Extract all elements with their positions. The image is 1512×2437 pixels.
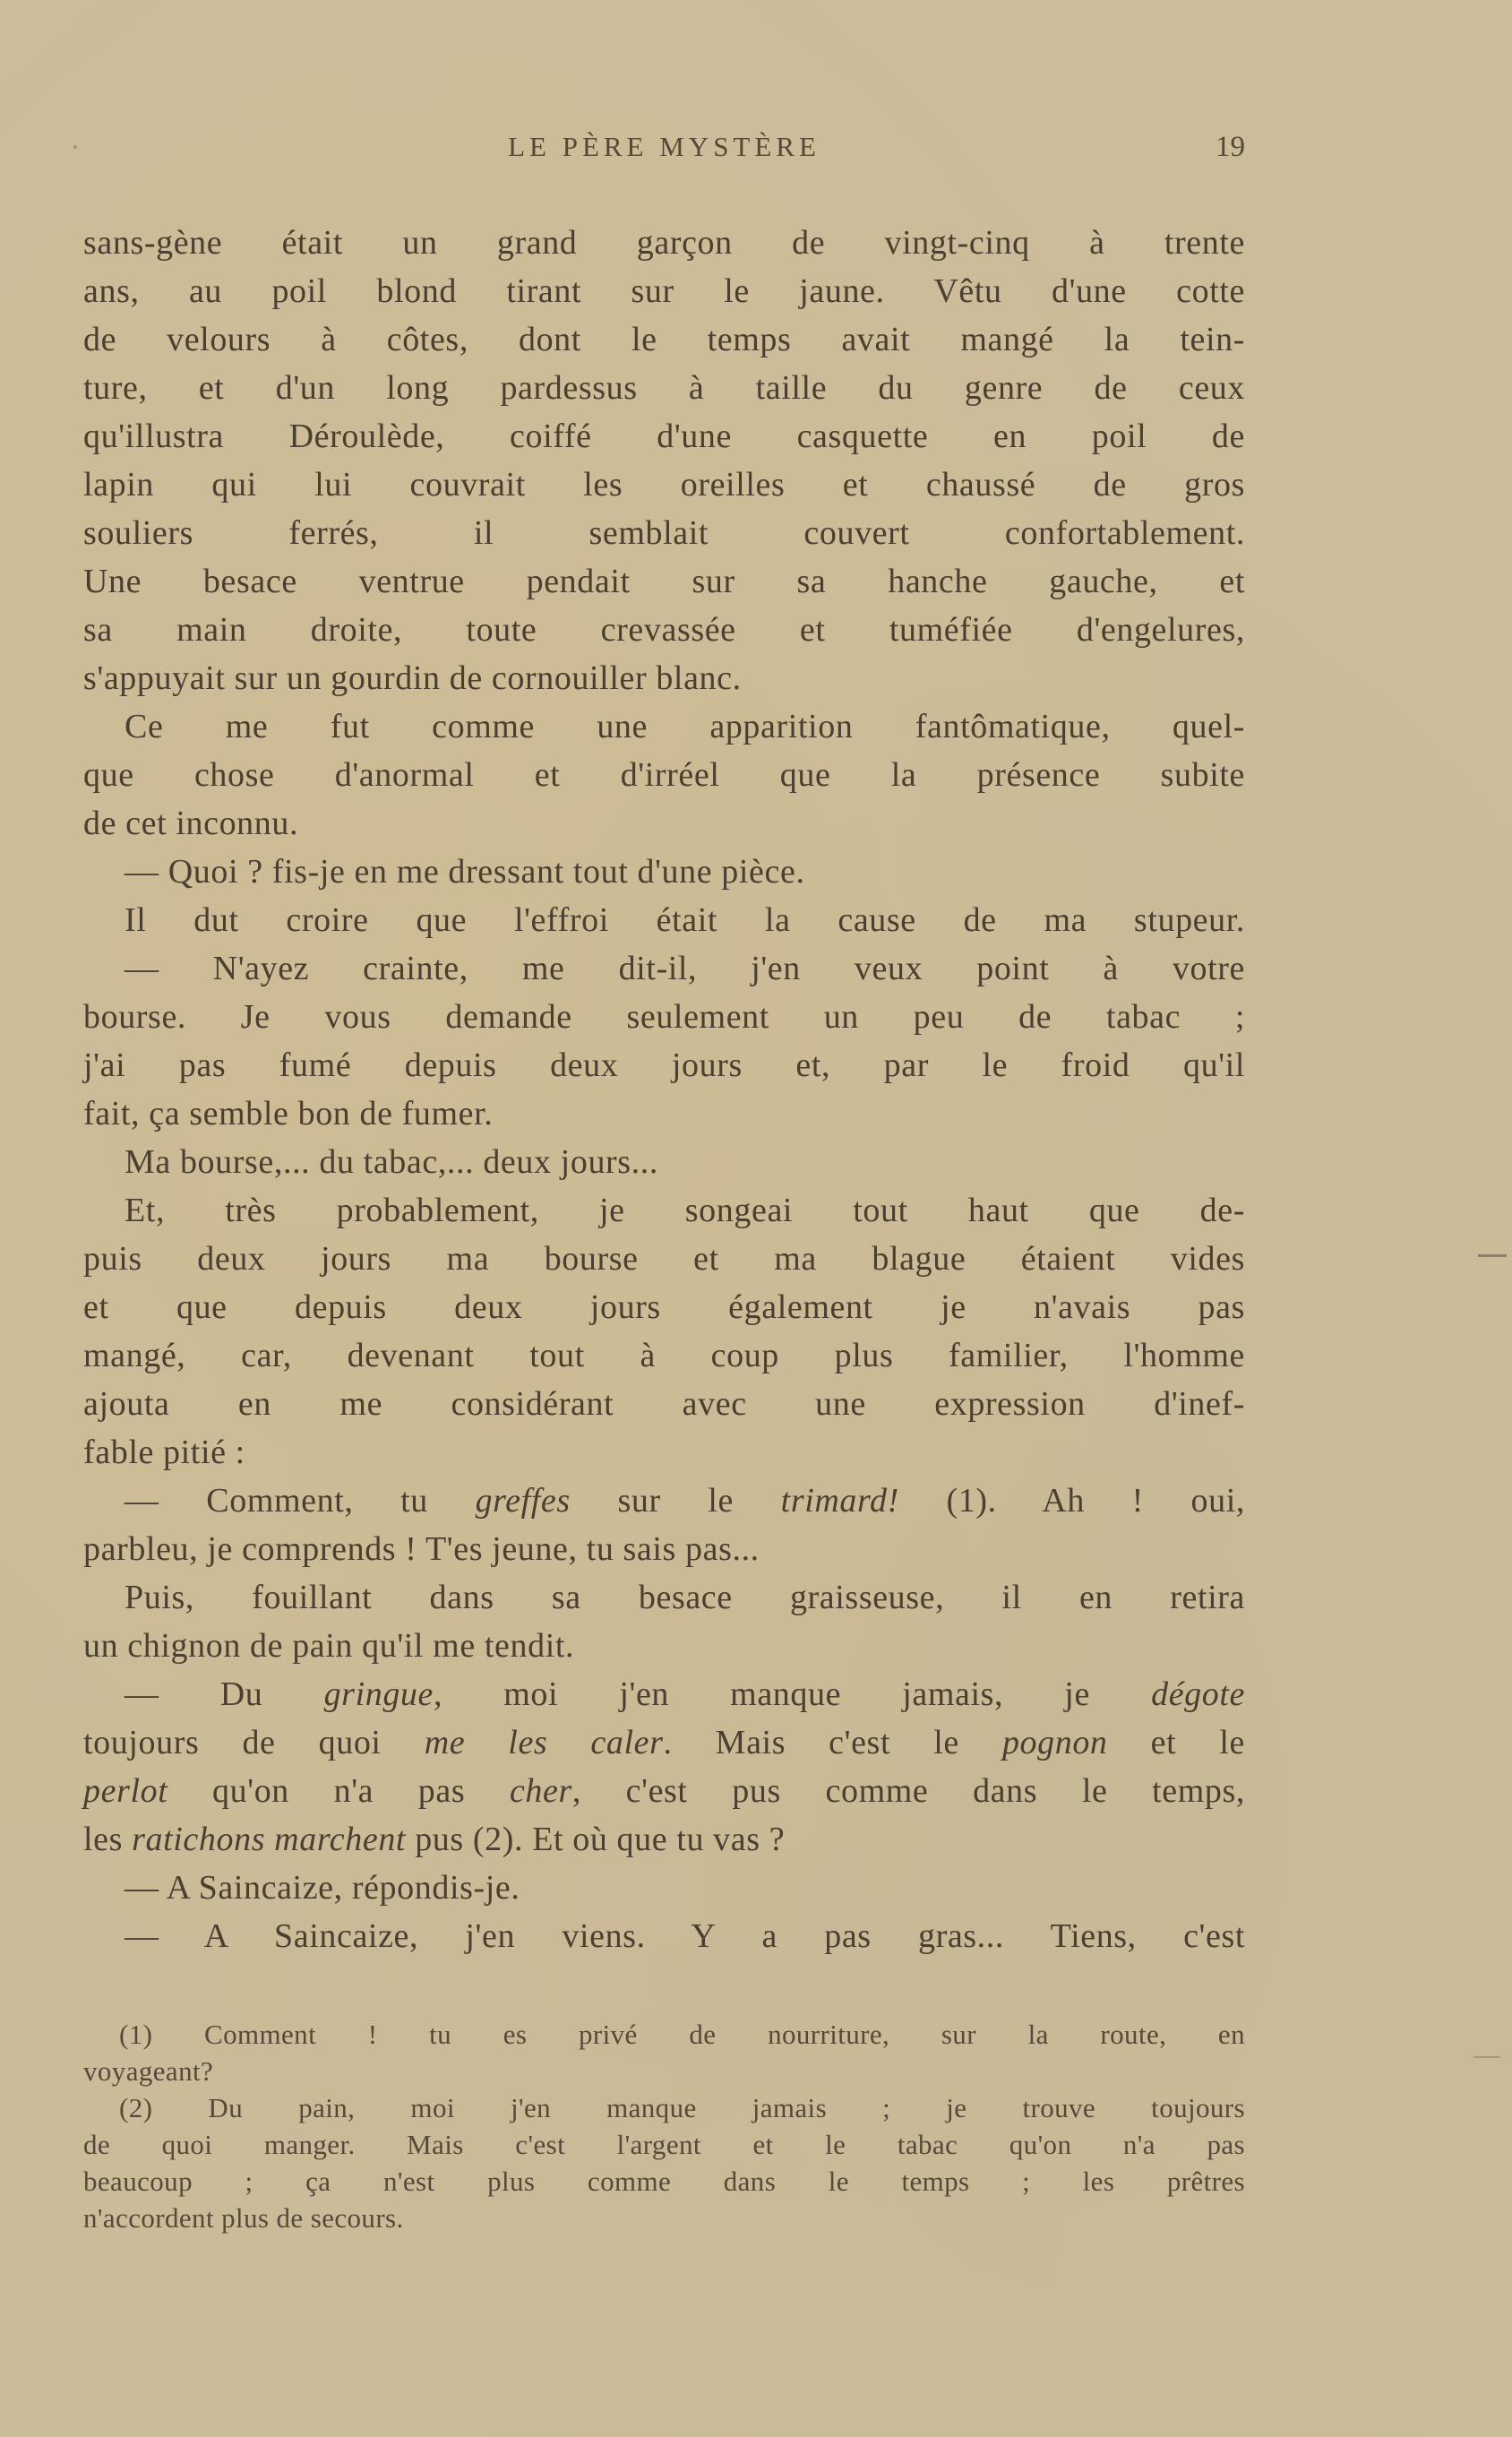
body-line: Et, très probablement, je songeai tout h…: [83, 1186, 1245, 1235]
body-line: fait, ça semble bon de fumer.: [83, 1089, 1245, 1138]
italic-slang-term: perlot: [83, 1772, 168, 1810]
body-line: souliers ferrés, il semblait couvert con…: [83, 509, 1245, 557]
body-line: — Quoi ? fis-je en me dressant tout d'un…: [83, 848, 1245, 896]
italic-slang-term: pognon: [1002, 1724, 1108, 1761]
body-line: — Du gringue, moi j'en manque jamais, je…: [83, 1670, 1245, 1718]
text-segment: , c'est pus comme dans le temps,: [572, 1772, 1245, 1810]
margin-mark: [1478, 1254, 1507, 1257]
page-number: 19: [1216, 131, 1245, 164]
body-line: perlot qu'on n'a pas cher, c'est pus com…: [83, 1767, 1245, 1815]
body-line: sans-gène était un grand garçon de vingt…: [83, 219, 1245, 267]
body-line: les ratichons marchent pus (2). Et où qu…: [83, 1815, 1245, 1864]
running-title: LE PÈRE MYSTÈRE: [83, 131, 1245, 163]
body-line: Puis, fouillant dans sa besace graisseus…: [83, 1573, 1245, 1622]
body-line: fable pitié :: [83, 1428, 1245, 1477]
body-line: sa main droite, toute crevassée et tuméf…: [83, 606, 1245, 654]
footnote-line: n'accordent plus de secours.: [83, 2200, 1245, 2236]
running-head: LE PÈRE MYSTÈRE 19: [83, 131, 1245, 167]
italic-slang-term: trimard!: [781, 1482, 899, 1520]
body-line: de velours à côtes, dont le temps avait …: [83, 315, 1245, 364]
book-page: LE PÈRE MYSTÈRE 19 sans-gène était un gr…: [0, 0, 1512, 2437]
italic-slang-term: cher: [510, 1772, 572, 1810]
body-line: — A Saincaize, j'en viens. Y a pas gras.…: [83, 1912, 1245, 1960]
body-line: Ce me fut comme une apparition fantômati…: [83, 702, 1245, 751]
footnote-line: voyageant?: [83, 2053, 1245, 2089]
body-line: Il dut croire que l'effroi était la caus…: [83, 896, 1245, 944]
body-line: s'appuyait sur un gourdin de cornouiller…: [83, 654, 1245, 702]
text-segment: et le: [1108, 1724, 1245, 1761]
body-line: — N'ayez crainte, me dit-il, j'en veux p…: [83, 944, 1245, 993]
text-segment: . Mais c'est le: [663, 1724, 1001, 1761]
paper-speck: [73, 145, 77, 149]
body-line: puis deux jours ma bourse et ma blague é…: [83, 1235, 1245, 1283]
italic-slang-term: dégote: [1151, 1675, 1245, 1713]
footnote-line: de quoi manger. Mais c'est l'argent et l…: [83, 2126, 1245, 2163]
footnote-line: (2) Du pain, moi j'en manque jamais ; je…: [83, 2089, 1245, 2126]
body-line: de cet inconnu.: [83, 799, 1245, 848]
body-line: j'ai pas fumé depuis deux jours et, par …: [83, 1041, 1245, 1089]
body-line: bourse. Je vous demande seulement un peu…: [83, 993, 1245, 1041]
body-line: mangé, car, devenant tout à coup plus fa…: [83, 1331, 1245, 1380]
margin-mark: [1473, 2056, 1500, 2058]
text-segment: (1). Ah ! oui,: [899, 1482, 1245, 1520]
body-line: — A Saincaize, répondis-je.: [83, 1864, 1245, 1912]
body-line: ans, au poil blond tirant sur le jaune. …: [83, 267, 1245, 315]
text-segment: sur le: [571, 1482, 781, 1520]
italic-slang-term: ratichons marchent: [132, 1821, 406, 1858]
body-line: parbleu, je comprends ! T'es jeune, tu s…: [83, 1525, 1245, 1573]
footnote-line: beaucoup ; ça n'est plus comme dans le t…: [83, 2163, 1245, 2200]
italic-slang-term: gringue: [324, 1675, 434, 1713]
text-segment: les: [83, 1821, 132, 1858]
italic-slang-term: greffes: [476, 1482, 571, 1520]
footnotes: (1) Comment ! tu es privé de nourriture,…: [83, 2016, 1245, 2236]
footnote-line: (1) Comment ! tu es privé de nourriture,…: [83, 2016, 1245, 2053]
text-segment: — Comment, tu: [125, 1482, 476, 1520]
italic-slang-term: me les caler: [425, 1724, 664, 1761]
body-line: ture, et d'un long pardessus à taille du…: [83, 364, 1245, 412]
text-segment: pus (2). Et où que tu vas ?: [406, 1821, 785, 1858]
body-line: Une besace ventrue pendait sur sa hanche…: [83, 557, 1245, 606]
body-line: toujours de quoi me les caler. Mais c'es…: [83, 1718, 1245, 1767]
body-line: qu'illustra Déroulède, coiffé d'une casq…: [83, 412, 1245, 461]
body-line: — Comment, tu greffes sur le trimard! (1…: [83, 1477, 1245, 1525]
body-text: sans-gène était un grand garçon de vingt…: [83, 219, 1245, 1960]
body-line: que chose d'anormal et d'irréel que la p…: [83, 751, 1245, 799]
text-segment: , moi j'en manque jamais, je: [434, 1675, 1151, 1713]
body-line: lapin qui lui couvrait les oreilles et c…: [83, 461, 1245, 509]
body-line: ajouta en me considérant avec une expres…: [83, 1380, 1245, 1428]
body-line: et que depuis deux jours également je n'…: [83, 1283, 1245, 1331]
text-segment: qu'on n'a pas: [168, 1772, 510, 1810]
text-segment: — Du: [125, 1675, 324, 1713]
text-segment: toujours de quoi: [83, 1724, 425, 1761]
body-line: un chignon de pain qu'il me tendit.: [83, 1622, 1245, 1670]
body-line: Ma bourse,... du tabac,... deux jours...: [83, 1138, 1245, 1186]
